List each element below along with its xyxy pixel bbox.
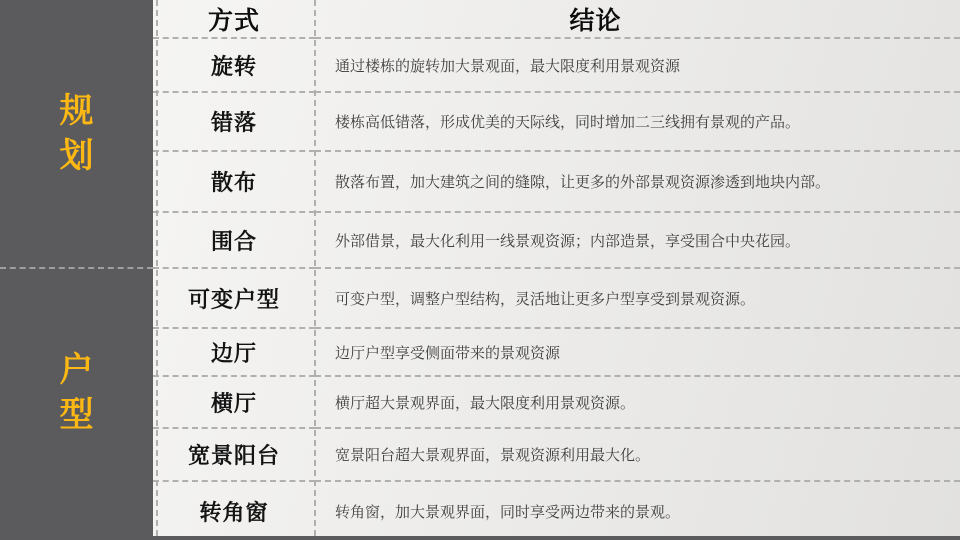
bottom-edge-bar: [0, 536, 960, 540]
method-cell: 转角窗: [153, 480, 315, 540]
method-cell: 可变户型: [153, 267, 315, 327]
method-cell: 横厅: [153, 375, 315, 427]
method-cell: 边厅: [153, 327, 315, 375]
method-cell: 围合: [153, 211, 315, 267]
conclusion-cell: 可变户型，调整户型结构，灵活地让更多户型享受到景观资源。: [315, 267, 960, 327]
sidebar-section-planning: 规划: [0, 0, 153, 267]
column-header-method: 方式: [153, 0, 315, 37]
conclusion-cell: 外部借景，最大化利用一线景观资源；内部造景，享受围合中央花园。: [315, 211, 960, 267]
method-cell: 错落: [153, 91, 315, 150]
conclusion-cell: 转角窗，加大景观界面，同时享受两边带来的景观。: [315, 480, 960, 540]
sidebar-label-planning: 规划: [57, 89, 96, 179]
sidebar-section-unit-type: 户型: [0, 267, 153, 540]
column-divider-left: [156, 0, 158, 536]
slide-canvas: 规划 户型 方式 结论 旋转 通过楼栋的旋转加大景观面，最大限度利用景观资源 错…: [0, 0, 960, 540]
conclusion-cell: 散落布置，加大建筑之间的缝隙，让更多的外部景观资源渗透到地块内部。: [315, 150, 960, 211]
conclusion-cell: 通过楼栋的旋转加大景观面，最大限度利用景观资源: [315, 37, 960, 91]
method-cell: 宽景阳台: [153, 427, 315, 480]
conclusion-cell: 楼栋高低错落，形成优美的天际线，同时增加二三线拥有景观的产品。: [315, 91, 960, 150]
conclusion-cell: 宽景阳台超大景观界面，景观资源利用最大化。: [315, 427, 960, 480]
method-cell: 散布: [153, 150, 315, 211]
method-cell: 旋转: [153, 37, 315, 91]
column-header-conclusion: 结论: [315, 0, 960, 37]
column-divider-middle: [314, 0, 316, 536]
sidebar-label-unit-type: 户型: [57, 348, 96, 438]
conclusion-cell: 横厅超大景观界面，最大限度利用景观资源。: [315, 375, 960, 427]
conclusion-cell: 边厅户型享受侧面带来的景观资源: [315, 327, 960, 375]
